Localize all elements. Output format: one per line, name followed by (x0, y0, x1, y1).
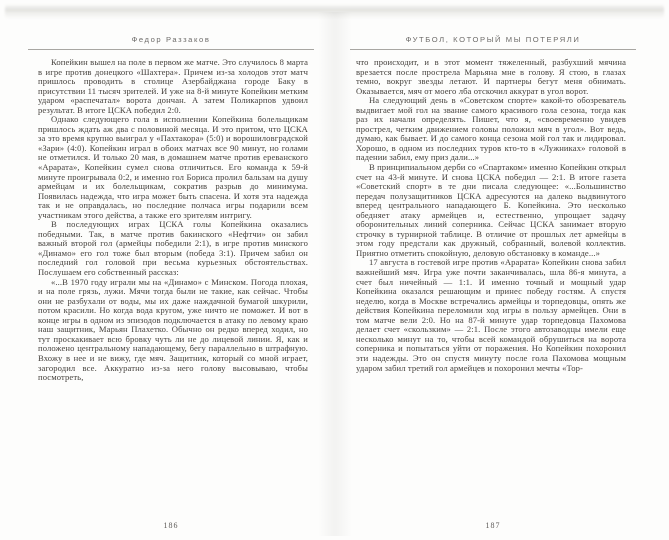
text-block-left: Копейкин вышел на поле в первом же матче… (38, 58, 308, 496)
paragraph: На следующий день в «Советском спорте» к… (356, 96, 626, 163)
paragraph: В последующих играх ЦСКА голы Копейкина … (38, 220, 308, 277)
author-name: Федор Раззаков (132, 35, 211, 44)
book-title: ФУТБОЛ, КОТОРЫЙ МЫ ПОТЕРЯЛИ (406, 35, 581, 44)
paragraph: Однако следующего гола в исполнении Копе… (38, 115, 308, 220)
page-left: Федор Раззаков Копейкин вышел на поле в … (26, 20, 316, 540)
header-rule-right (350, 49, 636, 50)
page-number-left: 186 (26, 521, 316, 530)
paragraph: В принципиальном дерби со «Спартаком» им… (356, 163, 626, 258)
text-block-right: что происходит, и в этот момент тяжеленн… (356, 58, 626, 496)
page-number-right: 187 (348, 521, 638, 530)
paragraph: «...В 1970 году играли мы на «Динамо» с … (38, 278, 308, 383)
page-right: ФУТБОЛ, КОТОРЫЙ МЫ ПОТЕРЯЛИ что происход… (348, 20, 638, 540)
paragraph: 17 августа в гостевой игре против «Арара… (356, 258, 626, 373)
header-rule-left (28, 49, 314, 50)
running-header-left: Федор Раззаков (26, 20, 316, 47)
paragraph: что происходит, и в этот момент тяжеленн… (356, 58, 626, 96)
paragraph: Копейкин вышел на поле в первом же матче… (38, 58, 308, 115)
book-spread-photo: Федор Раззаков Копейкин вышел на поле в … (0, 0, 669, 540)
book-gutter-shadow (318, 12, 352, 536)
running-header-right: ФУТБОЛ, КОТОРЫЙ МЫ ПОТЕРЯЛИ (348, 20, 638, 47)
